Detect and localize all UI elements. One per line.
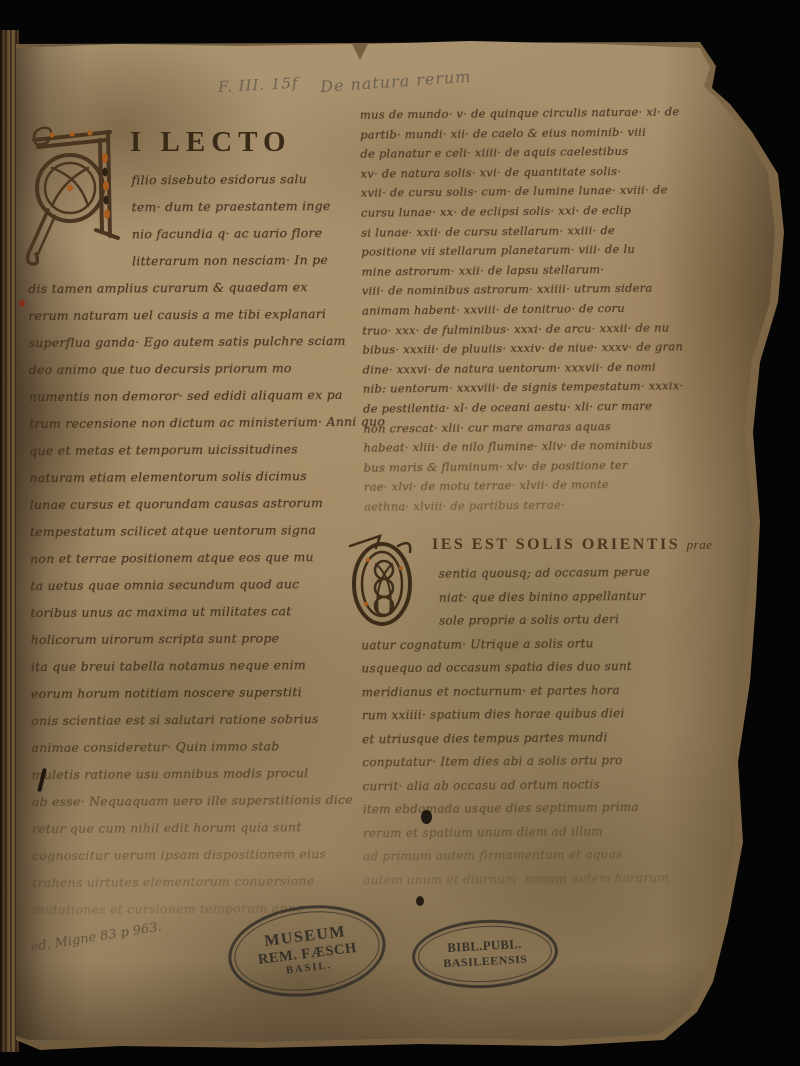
preface-line: cognoscitur uerum ipsam dispositionem ei… <box>32 840 362 869</box>
manuscript-photo: F. III. 15f De natura rerum ed. Migne 83… <box>0 0 800 1066</box>
preface-line: ta uetus quae omnia secundum quod auc <box>30 570 360 599</box>
chapter-line: meridianus et nocturnum· et partes hora <box>362 678 692 704</box>
title-annotation: De natura rerum <box>320 67 472 97</box>
preface-line: filio sisebuto esidorus salu <box>27 165 357 194</box>
chapter-heading-tail: prae <box>687 537 713 552</box>
chapter-line: niat· que dies binino appellantur <box>361 584 691 610</box>
preface-line: nio facundia q· ac uario flore <box>28 219 358 248</box>
preface-line: toribus unus ac maxima ut militates cat <box>30 597 360 626</box>
chapter-line: rerum et spatium unum diem ad illum <box>363 819 693 845</box>
preface-line: lunae cursus et quorundam causas astroru… <box>30 489 360 518</box>
chapter-line: autem unum et diurnum· nonam autem horar… <box>363 866 693 892</box>
preface-line: holicorum uirorum scripta sunt prope <box>31 624 361 653</box>
dedication-heading: I LECTO <box>130 126 292 159</box>
preface-line: trum recensione non dictum ac ministeriu… <box>29 408 359 437</box>
chapter-heading: IES EST SOLIS ORIENTIS prae <box>432 536 712 554</box>
preface-line: ita que breui tabella notamus neque enim <box>31 651 361 680</box>
preface-line: animae consideretur· Quin immo stab <box>31 732 361 761</box>
stamp-line: BASILEENSIS <box>443 952 528 971</box>
preface-line: dis tamen amplius curarum & quaedam ex <box>28 273 358 302</box>
preface-line: superflua ganda· Ego autem satis pulchre… <box>28 327 358 356</box>
preface-line: muletis ratione usu omnibus modis procul <box>32 759 362 788</box>
chapter-line: currit· alia ab occasu ad ortum noctis <box>362 772 692 798</box>
stamp-line: REM. FÆSCH <box>257 940 358 969</box>
chapter-line: usquequo ad occasum spatia dies duo sunt <box>361 655 691 681</box>
chapter-line: uatur cognatum· Utrique a solis ortu <box>361 631 691 657</box>
chapter-heading-caps: IES EST SOLIS ORIENTIS <box>432 536 680 553</box>
chapter-text-column: sentia quousq; ad occasum perueniat· que… <box>361 561 694 893</box>
stamp-line: MUSEUM <box>264 923 347 951</box>
preface-line: eorum horum notitiam noscere superstiti <box>31 678 361 707</box>
stamp-line: BIBL.PUBL. <box>447 937 522 956</box>
preface-line: tem· dum te praestantem inge <box>28 192 358 221</box>
chapter-line: conputatur· Item dies abi a solis ortu p… <box>362 749 692 775</box>
chapter-line: ad primum autem firmamentum et aquas <box>363 843 693 869</box>
ink-spot <box>421 810 432 824</box>
preface-line: retur que cum nihil edit horum quia sunt <box>32 813 362 842</box>
preface-line: que et metas et temporum uicissitudines <box>29 435 359 464</box>
preface-line: rerum naturam uel causis a me tibi expla… <box>28 300 358 329</box>
chapter-line: rum xxiiii· spatium dies horae quibus di… <box>362 702 692 728</box>
preface-line: non et terrae positionem atque eos que m… <box>30 543 360 572</box>
parchment-page: F. III. 15f De natura rerum ed. Migne 83… <box>0 0 800 1066</box>
red-mark <box>19 300 25 307</box>
capitula-line: aethna· xlviii· de partibus terrae· <box>364 494 694 517</box>
chapter-line: item ebdomada usque dies septimum prima <box>363 796 693 822</box>
preface-line: numentis non demoror· sed edidi aliquam … <box>29 381 359 410</box>
chapter-line: sentia quousq; ad occasum perue <box>361 561 691 587</box>
preface-line: tempestatum scilicet atque uentorum sign… <box>30 516 360 545</box>
stamp-line: BASIL. <box>286 960 333 977</box>
preface-text-column: filio sisebuto esidorus salutem· dum te … <box>27 165 362 923</box>
chapter-line: sole proprie a solis ortu deri <box>361 608 691 634</box>
preface-line: ab esse· Nequaquam uero ille superstitio… <box>32 786 362 815</box>
bottom-edge-shadow <box>16 960 736 1044</box>
chapter-line: et utriusque dies tempus partes mundi <box>362 725 692 751</box>
preface-line: deo animo que tuo decursis priorum mo <box>29 354 359 383</box>
preface-line: trahens uirtutes elementorum conuersione <box>32 867 362 896</box>
ink-spot <box>416 896 424 906</box>
capitula-list-column: mus de mundo· v· de quinque circulis nat… <box>360 102 694 517</box>
preface-line: naturam etiam elementorum solis dicimus <box>29 462 359 491</box>
shelfmark-note: F. III. 15f <box>218 74 299 96</box>
preface-line: litterarum non nesciam· In pe <box>28 246 358 275</box>
preface-line: onis scientiae est si salutari ratione s… <box>31 705 361 734</box>
